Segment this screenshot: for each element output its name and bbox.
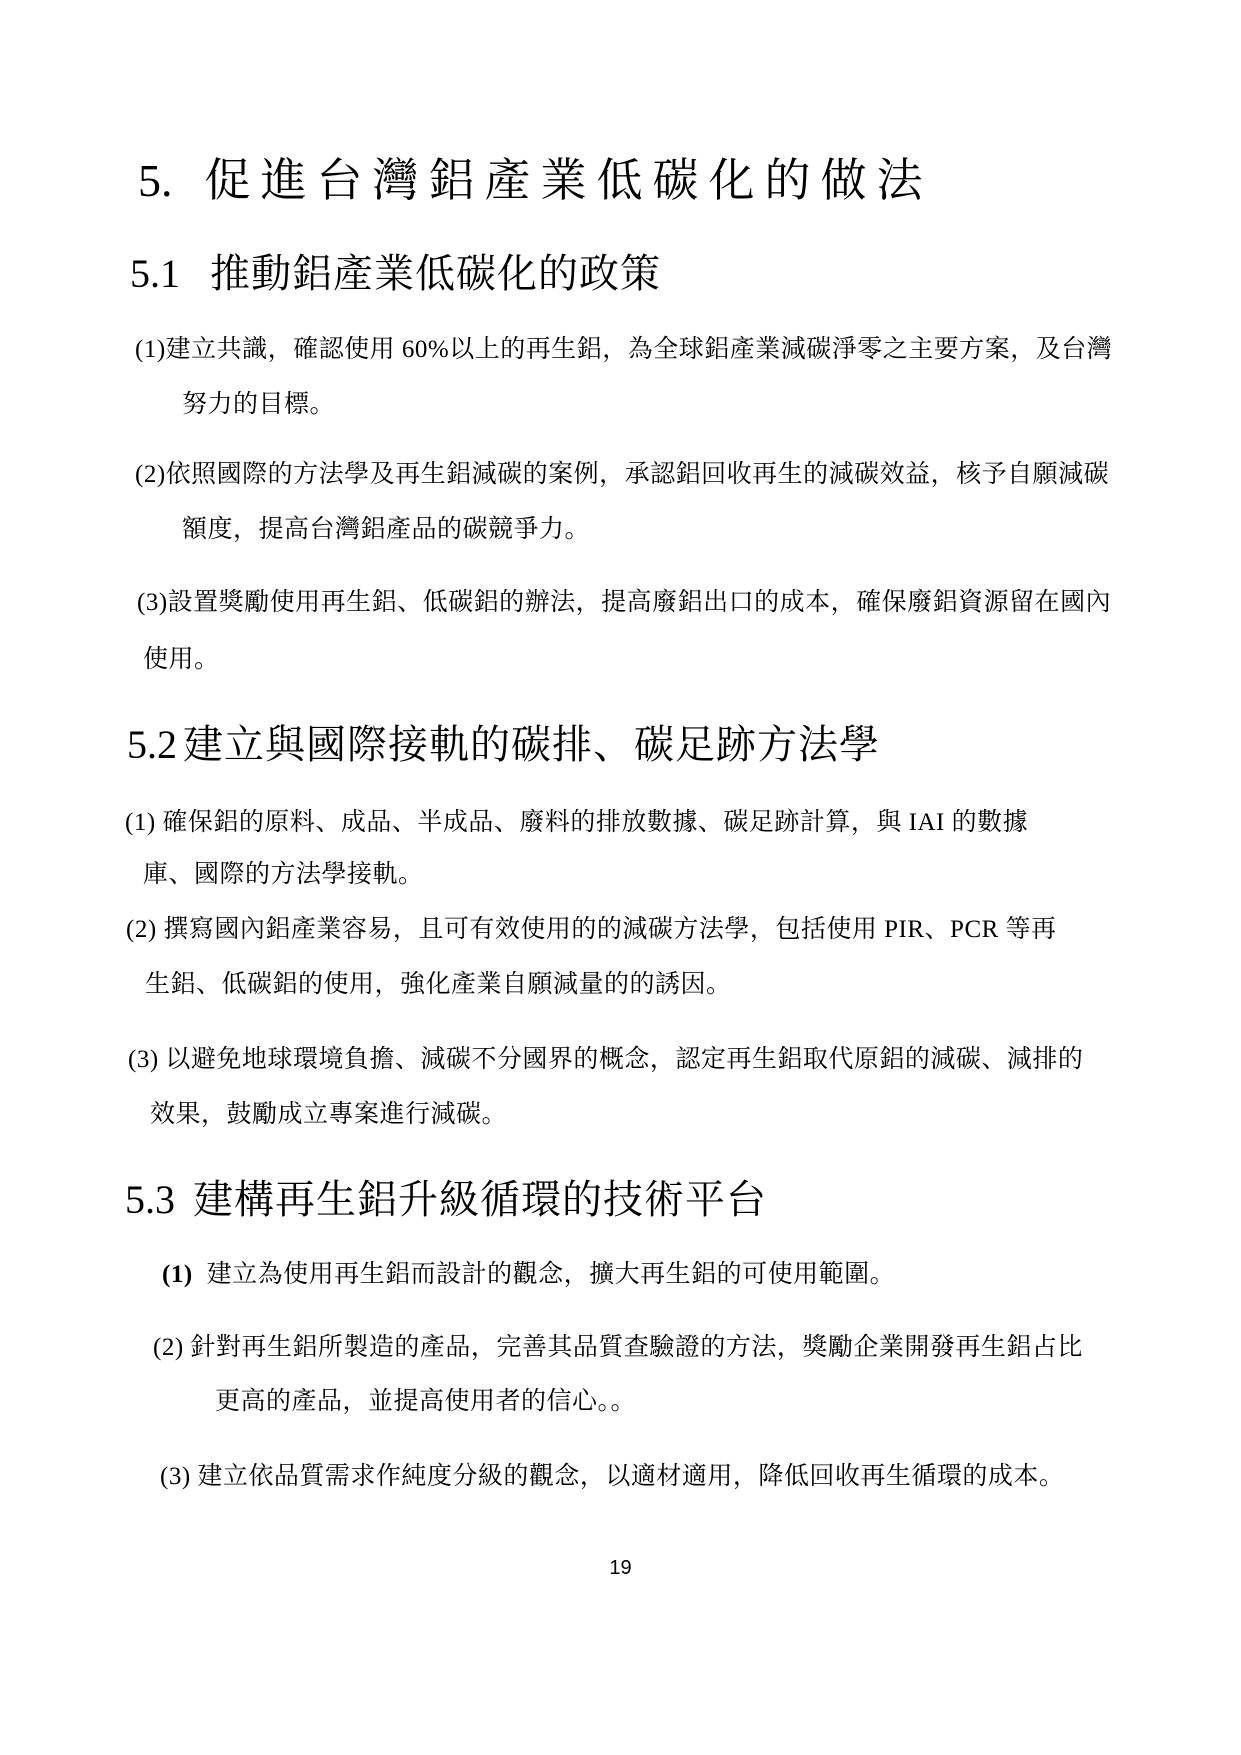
section-5-2-heading-text: 建立與國際接軌的碳排、碳足跡方法學 bbox=[183, 725, 880, 765]
paragraph-line: 生鋁、低碳鋁的使用，強化產業自願減量的的誘因。 bbox=[145, 972, 732, 997]
paragraph-line: (3) 以避免地球環境負擔、減碳不分國界的概念，認定再生鋁取代原鋁的減碳、減排的 bbox=[128, 1047, 1083, 1072]
document-page: 5. 促進台灣鋁產業低碳化的做法 5.1 推動鋁產業低碳化的政策 (1)建立共識… bbox=[0, 0, 1241, 1755]
chapter-title: 5. 促進台灣鋁產業低碳化的做法 bbox=[138, 158, 933, 204]
list-marker-bold: (1) bbox=[162, 1261, 193, 1288]
section-5-1-heading: 5.1 推動鋁產業低碳化的政策 bbox=[130, 254, 661, 294]
paragraph-line: 庫、國際的方法學接軌。 bbox=[143, 862, 424, 887]
paragraph-text: 建立為使用再生鋁而設計的觀念，擴大再生鋁的可使用範圍。 bbox=[207, 1261, 896, 1288]
paragraph-line: (1)建立為使用再生鋁而設計的觀念，擴大再生鋁的可使用範圍。 bbox=[162, 1262, 895, 1287]
section-5-2-number: 5.2 bbox=[127, 725, 177, 765]
paragraph-line: 額度，提高台灣鋁產品的碳競爭力。 bbox=[182, 517, 590, 542]
section-5-1-heading-text: 推動鋁產業低碳化的政策 bbox=[210, 254, 661, 294]
paragraph-line: (1) 確保鋁的原料、成品、半成品、廢料的排放數據、碳足跡計算，與 IAI 的數… bbox=[125, 810, 1028, 835]
section-5-3-heading: 5.3 建構再生鋁升級循環的技術平台 bbox=[125, 1180, 767, 1220]
paragraph-line: (2)依照國際的方法學及再生鋁減碳的案例，承認鋁回收再生的減碳效益，核予自願減碳 bbox=[135, 462, 1109, 487]
paragraph-line: (3)設置獎勵使用再生鋁、低碳鋁的辦法，提高廢鋁出口的成本，確保廢鋁資源留在國內 bbox=[137, 590, 1111, 615]
chapter-title-text: 促進台灣鋁產業低碳化的做法 bbox=[205, 158, 933, 204]
paragraph-line: (1)建立共識，確認使用 60%以上的再生鋁，為全球鋁產業減碳淨零之主要方案，及… bbox=[135, 337, 1112, 362]
chapter-number: 5. bbox=[138, 158, 173, 204]
paragraph-line: 更高的產品，並提高使用者的信心。。 bbox=[215, 1389, 636, 1414]
paragraph-line: (2) 撰寫國內鋁產業容易，且可有效使用的的減碳方法學，包括使用 PIR、PCR… bbox=[126, 917, 1057, 942]
section-5-1-number: 5.1 bbox=[130, 254, 180, 294]
paragraph-line: (2) 針對再生鋁所製造的產品，完善其品質查驗證的方法，獎勵企業開發再生鋁占比 bbox=[153, 1335, 1083, 1360]
section-5-2-heading: 5.2 建立與國際接軌的碳排、碳足跡方法學 bbox=[127, 725, 880, 765]
section-5-3-heading-text: 建構再生鋁升級循環的技術平台 bbox=[193, 1180, 767, 1220]
paragraph-line: (3) 建立依品質需求作純度分級的觀念，以適材適用，降低回收再生循環的成本。 bbox=[160, 1464, 1064, 1489]
paragraph-line: 努力的目標。 bbox=[182, 392, 335, 417]
page-number: 19 bbox=[0, 1558, 1241, 1578]
section-5-3-number: 5.3 bbox=[125, 1180, 175, 1220]
paragraph-line: 效果，鼓勵成立專案進行減碳。 bbox=[150, 1102, 507, 1127]
paragraph-line: 使用。 bbox=[143, 647, 220, 672]
